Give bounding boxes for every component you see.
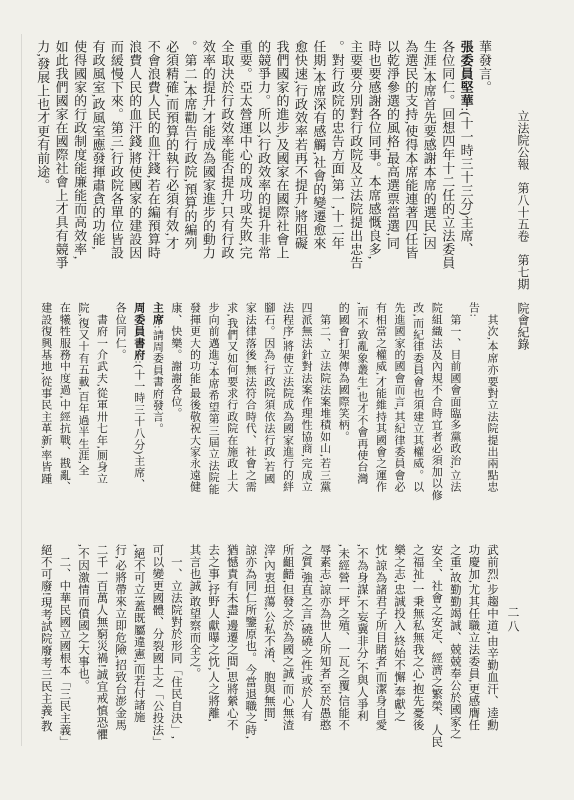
text-band-top: 華發言。張委員堅華:(十一時三十三分)主席、各位同仁。回想四年十二任的立法委員生… — [33, 40, 493, 288]
text-column: 。第二,本席勸告行政院,預算的編列 — [180, 40, 198, 288]
gazette-page: 立法院公報 第八十五卷 第七期 院會紀錄 二八 華發言。張委員堅華:(十一時三十… — [0, 0, 574, 800]
text-column: 之福祉,一秉無私無我之心,抱先憂後 — [408, 544, 427, 751]
text-column: 發揮更大的功能,最後敬祝大家永遠健 — [185, 302, 204, 502]
text-column: ,絕不可立!蓋既屬違憲,而若付諸施 — [129, 544, 148, 751]
text-column: 。對行政院的忠告方面,第一,十二年 — [327, 40, 345, 288]
text-column: 其次,本席亦要對立法院提出兩點忠 — [482, 302, 501, 502]
text-column: 使得國家的行政制度能廉能而高效率, — [70, 40, 88, 288]
speaker-name: 張委員堅華 — [459, 40, 474, 108]
text-column: 各位同仁。 — [111, 302, 130, 502]
text-column: 功慶加,尤其任職立法委員,更感膺任 — [464, 544, 483, 751]
text-column: 有相當之權威,才能維持其國會之運作 — [371, 302, 390, 502]
text-band-bottom: 武前烈,步趨中道,由辛勤血汗、逵勳功慶加,尤其任職立法委員,更感膺任之重,故勤勤… — [36, 544, 501, 751]
text-column: 家法律落後,無法符合時代、社會之需 — [241, 302, 260, 502]
scan-crease-line — [21, 34, 22, 746]
text-column: 之重,故勤勤竭誠、兢兢奉公於國家之 — [445, 544, 464, 751]
text-column: 所齟齬,但發之於為國之誠,而心無渣 — [278, 544, 297, 751]
text-column: ,不因激情而僨國之大事也。 — [73, 544, 92, 751]
text-column: 之質,強直之言,磽磽之性,或於人有 — [296, 544, 315, 751]
text-column: 康、快樂。謝謝各位。 — [166, 302, 185, 502]
text-column: 求,我們又如何要求行政院在施政上大 — [222, 302, 241, 502]
text-column: 為選民的支持,使得本席能連著四任皆 — [401, 40, 419, 288]
speaker-name: 主席 — [151, 302, 163, 325]
text-column: 四派無法針對法案作理性協商,完成立 — [296, 302, 315, 502]
text-column: 先進國家的國會而言,其紀律委員會必 — [389, 302, 408, 502]
text-column: 忱,諒為諸君子所目睹者,而潔身自愛 — [371, 544, 390, 751]
text-column: 可以變更國體、分裂國土之「公投法」 — [148, 544, 167, 751]
text-column: 力,發展上也才更有前途。 — [33, 40, 51, 288]
text-column: 辱素志,諒亦為世人所知者,至於愚憨 — [315, 544, 334, 751]
text-column: 而緩慢下來。第三,行政院各單位皆設 — [106, 40, 124, 288]
text-column: 樂之志,忠誠投入,終始不懈,奉獻之 — [389, 544, 408, 751]
text-column: 法程序,將使立法院成為國家進行的絆 — [278, 302, 297, 502]
text-column: 生涯,本席首先要感謝本席的選民,因 — [419, 40, 437, 288]
text-column: 第一、目前國會面臨多黨政治,立法 — [445, 302, 464, 502]
text-column: 以乾淨參選的風格,最高選票當選,同 — [383, 40, 401, 288]
text-column: 書府一介武夫,從軍卅七年,厠身立 — [92, 302, 111, 502]
text-column: 效率的提升,才能成為國家進步的動力 — [199, 40, 217, 288]
text-column: 不會浪費人民的血汗錢,若在編預算時 — [143, 40, 161, 288]
text-column: 張委員堅華:(十一時三十三分)主席、 — [456, 40, 474, 288]
text-column: 浪費人民的血汗錢,將使國家的建設因 — [125, 40, 143, 288]
text-column: 建設復興基地,從事民主革新,率皆踵 — [36, 302, 55, 502]
text-column: 的國會打架傳為國際笑柄。 — [334, 302, 353, 502]
text-column: 主席:請周委員書府發言。 — [148, 302, 167, 502]
text-column: 絕不可廢!現考試院廢考三民主義,教 — [36, 544, 55, 751]
text-column: 諒亦為同仁所鑒原也。今當退職之時, — [241, 544, 260, 751]
text-column: 愈快速,行政效率若再不提升,將阻礙 — [291, 40, 309, 288]
text-column: 全取決於行政效率能否提升,只有行政 — [217, 40, 235, 288]
text-column: 滓,內衷坦蕩,公私不淆、胞與無間, — [259, 544, 278, 751]
text-column: ,未經營一坪之殖、一瓦之覆,信能不 — [334, 544, 353, 751]
text-column: 有政風室,政風室應發揮肅貪的功能, — [88, 40, 106, 288]
text-column: 各位同仁。回想四年十二任的立法委員 — [438, 40, 456, 288]
text-column: 行,必將帶來立即危險,招致台澎金馬 — [111, 544, 130, 751]
text-column: 腳石。因為,行政院須依法行政,若國 — [259, 302, 278, 502]
text-column: ,而不致亂象叢生,也才不會再使台灣 — [352, 302, 371, 502]
page-number: 二八 — [505, 606, 522, 634]
text-column: 院,復又十有五載,百年過半生涯,全 — [73, 302, 92, 502]
text-column: 院組織法及內規不合時宜者必須加以修 — [427, 302, 446, 502]
text-column: 第二、立法院法案堆積如山,若三黨 — [315, 302, 334, 502]
text-band-middle: 其次,本席亦要對立法院提出兩點忠告: 第一、目前國會面臨多黨政治,立法院組織法及… — [36, 302, 501, 502]
text-column: 安全、社會之安定、經濟之繁榮、人民 — [427, 544, 446, 751]
text-column: 的競爭力。所以,行政效率的提升非常 — [254, 40, 272, 288]
text-column: 周委員書府:(十一時三十八分)主席、 — [129, 302, 148, 502]
running-header: 立法院公報 第八十五卷 第七期 院會紀錄 — [515, 110, 532, 360]
text-column: 改,而紀律委員會也須建立其權威。以 — [408, 302, 427, 502]
text-column: 我們國家的進步,及國家在國際社會上 — [272, 40, 290, 288]
text-column: 二千一百萬人無窮災禍!誠宜戒慎恐懼 — [92, 544, 111, 751]
text-column: 華發言。 — [475, 40, 493, 288]
text-column: 步向前邁進?本席希望第三屆立法院能 — [204, 302, 223, 502]
text-column: 其言也誠,敢望察而全之。 — [185, 544, 204, 751]
text-column: 時也要感謝各位同事。本席感慨良多, — [364, 40, 382, 288]
speaker-name: 周委員書府 — [133, 302, 145, 361]
text-column: 重要。亞太營運中心的成功或失敗,完 — [235, 40, 253, 288]
text-column: 任期,本席深有感觸,社會的變遷愈來 — [309, 40, 327, 288]
text-column: 如此我們國家在國際社會上才具有競爭 — [51, 40, 69, 288]
text-column: 主要要分別對行政院及立法院提出忠告 — [346, 40, 364, 288]
text-column: 二、中華民國立國根本「三民主義」 — [55, 544, 74, 751]
text-column: ,不為身謀,不妄冀非分,不與人爭利 — [352, 544, 371, 751]
text-column: 去之事,抒野人獻曝之忱,人之將離, — [204, 544, 223, 751]
text-column: 一、立法院對於形同「住民自決」, — [166, 544, 185, 751]
text-column: 猶憾責有未盡,邊遷之間,思將縈心不 — [222, 544, 241, 751]
text-column: 告: — [464, 302, 483, 502]
text-column: 武前烈,步趨中道,由辛勤血汗、逵勳 — [482, 544, 501, 751]
text-column: 在犧牲服務中度過,中經抗戰、戡亂、 — [55, 302, 74, 502]
text-column: 必須精確,而預算的執行必須有效,才 — [162, 40, 180, 288]
